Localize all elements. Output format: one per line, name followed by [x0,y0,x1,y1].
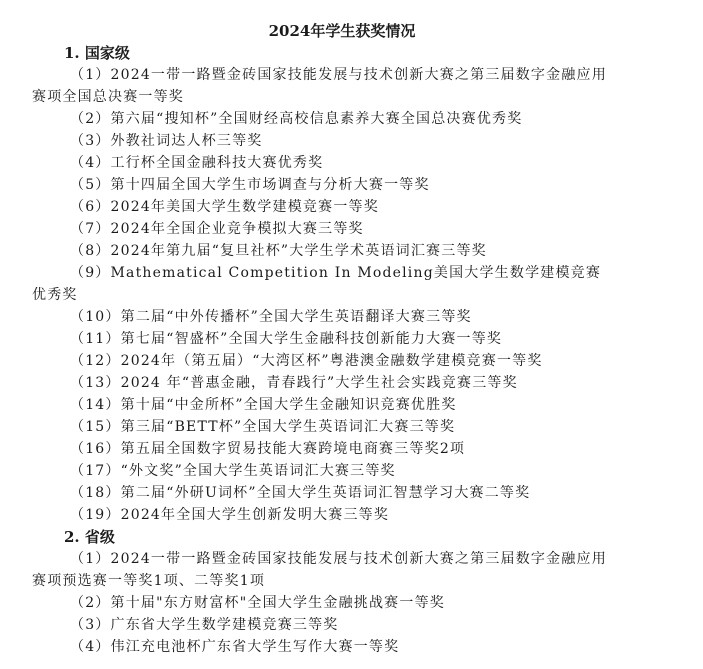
award-item: （9）Mathematical Competition In Modeling美… [32,262,614,306]
award-item: （18）第二届“外研U词杯”全国大学生英语词汇智慧学习大赛二等奖 [32,482,614,504]
award-item: （5）第十四届全国大学生市场调查与分析大赛一等奖 [32,174,614,196]
award-item: （17）“外文奖”全国大学生英语词汇大赛三等奖 [32,460,614,482]
award-item: （19）2024年全国大学生创新发明大赛三等奖 [32,504,614,526]
award-item: （4）工行杯全国金融科技大赛优秀奖 [32,152,614,174]
award-item: （3）广东省大学生数学建模竞赛三等奖 [32,614,614,636]
award-item: （2）第十届"东方财富杯"全国大学生金融挑战赛一等奖 [32,592,614,614]
award-item: （12）2024年（第五届）“大湾区杯”粤港澳金融数学建模竞赛一等奖 [32,350,614,372]
award-item: （16）第五届全国数字贸易技能大赛跨境电商赛三等奖2项 [32,438,614,460]
award-item: （2）第六届“搜知杯”全国财经高校信息素养大赛全国总决赛优秀奖 [32,108,614,130]
award-item: （1）2024一带一路暨金砖国家技能发展与技术创新大赛之第三届数字金融应用赛项预… [32,548,614,592]
award-item: （14）第十届“中金所杯”全国大学生金融知识竞赛优胜奖 [32,394,614,416]
award-item: （15）第三届“BETT杯”全国大学生英语词汇大赛三等奖 [32,416,614,438]
document-title: 2024年学生获奖情况 [70,20,614,42]
award-item: （11）第七届“智盛杯”全国大学生金融科技创新能力大赛一等奖 [32,328,614,350]
award-item: （8）2024年第九届“复旦社杯”大学生学术英语词汇赛三等奖 [32,240,614,262]
award-item: （4）伟江充电池杯广东省大学生写作大赛一等奖 [32,636,614,658]
award-item: （7）2024年全国企业竞争模拟大赛三等奖 [32,218,614,240]
award-item: （1）2024一带一路暨金砖国家技能发展与技术创新大赛之第三届数字金融应用赛项全… [32,64,614,108]
section-heading: 1. 国家级 [32,42,614,64]
award-item: （3）外教社词达人杯三等奖 [32,130,614,152]
award-item: （13）2024 年“普惠金融，青春践行”大学生社会实践竞赛三等奖 [32,372,614,394]
section-heading: 2. 省级 [32,526,614,548]
section-national: 1. 国家级 （1）2024一带一路暨金砖国家技能发展与技术创新大赛之第三届数字… [32,42,614,526]
award-item: （6）2024年美国大学生数学建模竞赛一等奖 [32,196,614,218]
award-item: （10）第二届“中外传播杯”全国大学生英语翻译大赛三等奖 [32,306,614,328]
document-page: 2024年学生获奖情况 1. 国家级 （1）2024一带一路暨金砖国家技能发展与… [32,20,614,658]
section-provincial: 2. 省级 （1）2024一带一路暨金砖国家技能发展与技术创新大赛之第三届数字金… [32,526,614,658]
